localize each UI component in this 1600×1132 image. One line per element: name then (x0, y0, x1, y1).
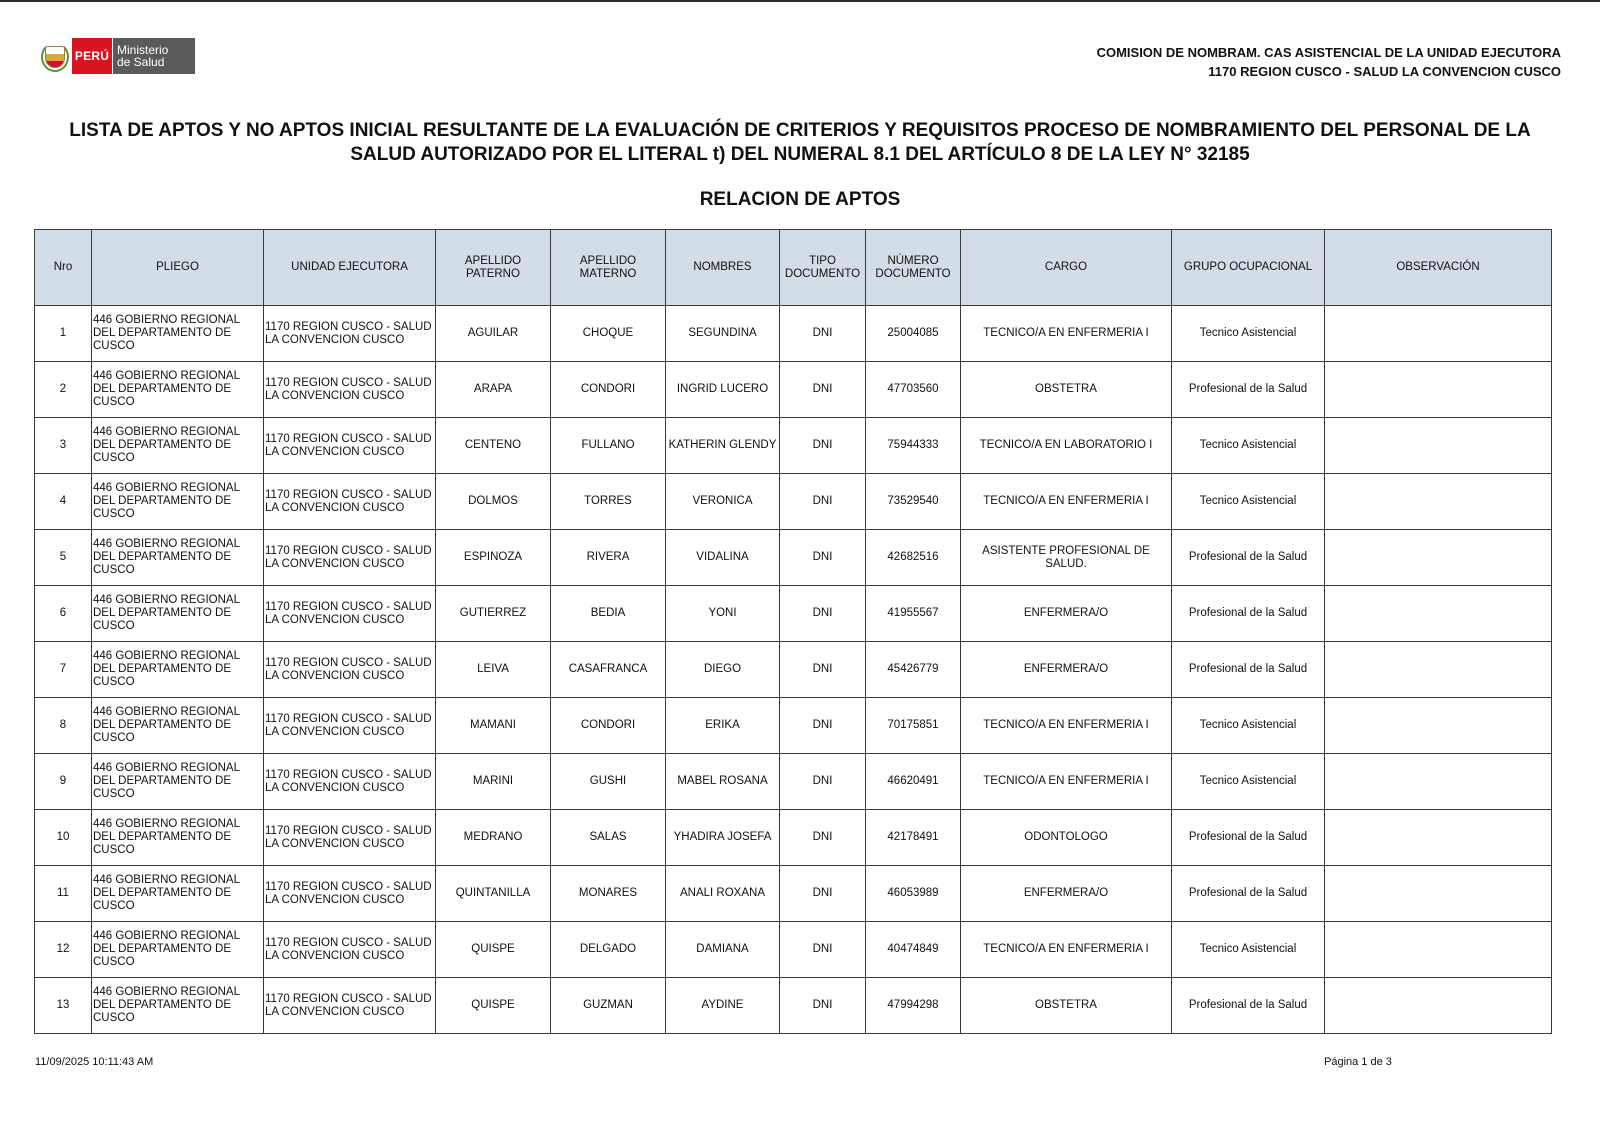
cell-nombres: YHADIRA JOSEFA (666, 810, 780, 866)
cell-tipo-doc: DNI (780, 474, 866, 530)
cell-grupo: Tecnico Asistencial (1172, 698, 1325, 754)
cell-unidad: 1170 REGION CUSCO - SALUD LA CONVENCION … (264, 642, 436, 698)
column-header-tipo-doc: TIPO DOCUMENTO (780, 230, 866, 306)
cell-tipo-doc: DNI (780, 642, 866, 698)
cell-observacion (1325, 362, 1552, 418)
cell-num-doc: 42178491 (866, 810, 961, 866)
cell-tipo-doc: DNI (780, 810, 866, 866)
cell-grupo: Profesional de la Salud (1172, 810, 1325, 866)
document-title-line2: SALUD AUTORIZADO POR EL LITERAL t) DEL N… (40, 143, 1560, 167)
column-header-nro: Nro (35, 230, 92, 306)
cell-pliego: 446 GOBIERNO REGIONAL DEL DEPARTAMENTO D… (92, 362, 264, 418)
cell-num-doc: 73529540 (866, 474, 961, 530)
cell-nombres: ERIKA (666, 698, 780, 754)
cell-grupo: Profesional de la Salud (1172, 362, 1325, 418)
column-header-pliego: PLIEGO (92, 230, 264, 306)
cell-pliego: 446 GOBIERNO REGIONAL DEL DEPARTAMENTO D… (92, 586, 264, 642)
ministry-name: Ministerio de Salud (112, 38, 195, 74)
cell-tipo-doc: DNI (780, 978, 866, 1034)
cell-num-doc: 46620491 (866, 754, 961, 810)
cell-unidad: 1170 REGION CUSCO - SALUD LA CONVENCION … (264, 810, 436, 866)
cell-pliego: 446 GOBIERNO REGIONAL DEL DEPARTAMENTO D… (92, 922, 264, 978)
cell-observacion (1325, 866, 1552, 922)
section-title: RELACION DE APTOS (0, 189, 1600, 211)
cell-unidad: 1170 REGION CUSCO - SALUD LA CONVENCION … (264, 922, 436, 978)
column-header-grupo: GRUPO OCUPACIONAL (1172, 230, 1325, 306)
cell-observacion (1325, 978, 1552, 1034)
cell-num-doc: 42682516 (866, 530, 961, 586)
cell-nombres: VIDALINA (666, 530, 780, 586)
cell-unidad: 1170 REGION CUSCO - SALUD LA CONVENCION … (264, 418, 436, 474)
table-row: 9446 GOBIERNO REGIONAL DEL DEPARTAMENTO … (35, 754, 1552, 810)
cell-unidad: 1170 REGION CUSCO - SALUD LA CONVENCION … (264, 698, 436, 754)
commission-header: COMISION DE NOMBRAM. CAS ASISTENCIAL DE … (1097, 43, 1561, 81)
cell-observacion (1325, 922, 1552, 978)
cell-ap-paterno: QUISPE (436, 922, 551, 978)
peru-coat-of-arms-icon (40, 38, 70, 74)
peru-label: PERÚ (72, 38, 112, 74)
cell-tipo-doc: DNI (780, 586, 866, 642)
cell-cargo: TECNICO/A EN ENFERMERIA I (961, 754, 1172, 810)
cell-nro: 3 (35, 418, 92, 474)
table-row: 5446 GOBIERNO REGIONAL DEL DEPARTAMENTO … (35, 530, 1552, 586)
cell-grupo: Tecnico Asistencial (1172, 474, 1325, 530)
cell-ap-paterno: CENTENO (436, 418, 551, 474)
table-row: 13446 GOBIERNO REGIONAL DEL DEPARTAMENTO… (35, 978, 1552, 1034)
cell-ap-paterno: MAMANI (436, 698, 551, 754)
table-row: 7446 GOBIERNO REGIONAL DEL DEPARTAMENTO … (35, 642, 1552, 698)
cell-nombres: INGRID LUCERO (666, 362, 780, 418)
cell-unidad: 1170 REGION CUSCO - SALUD LA CONVENCION … (264, 586, 436, 642)
column-header-unidad: UNIDAD EJECUTORA (264, 230, 436, 306)
cell-nro: 1 (35, 306, 92, 362)
cell-cargo: ENFERMERA/O (961, 866, 1172, 922)
cell-pliego: 446 GOBIERNO REGIONAL DEL DEPARTAMENTO D… (92, 306, 264, 362)
cell-pliego: 446 GOBIERNO REGIONAL DEL DEPARTAMENTO D… (92, 698, 264, 754)
cell-nro: 6 (35, 586, 92, 642)
print-timestamp: 11/09/2025 10:11:43 AM (35, 1056, 153, 1068)
cell-pliego: 446 GOBIERNO REGIONAL DEL DEPARTAMENTO D… (92, 418, 264, 474)
cell-ap-paterno: AGUILAR (436, 306, 551, 362)
cell-num-doc: 47703560 (866, 362, 961, 418)
cell-num-doc: 75944333 (866, 418, 961, 474)
cell-tipo-doc: DNI (780, 362, 866, 418)
cell-pliego: 446 GOBIERNO REGIONAL DEL DEPARTAMENTO D… (92, 474, 264, 530)
cell-ap-paterno: MEDRANO (436, 810, 551, 866)
table-header-row: NroPLIEGOUNIDAD EJECUTORAAPELLIDO PATERN… (35, 230, 1552, 306)
ministry-logo: PERÚ Ministerio de Salud (40, 38, 195, 74)
cell-cargo: TECNICO/A EN ENFERMERIA I (961, 922, 1172, 978)
cell-ap-materno: SALAS (551, 810, 666, 866)
cell-observacion (1325, 306, 1552, 362)
cell-nombres: MABEL ROSANA (666, 754, 780, 810)
cell-nro: 2 (35, 362, 92, 418)
cell-ap-paterno: QUINTANILLA (436, 866, 551, 922)
cell-ap-materno: TORRES (551, 474, 666, 530)
cell-cargo: ENFERMERA/O (961, 586, 1172, 642)
cell-tipo-doc: DNI (780, 866, 866, 922)
cell-grupo: Tecnico Asistencial (1172, 418, 1325, 474)
cell-grupo: Profesional de la Salud (1172, 586, 1325, 642)
cell-grupo: Profesional de la Salud (1172, 866, 1325, 922)
cell-ap-paterno: ARAPA (436, 362, 551, 418)
table-row: 12446 GOBIERNO REGIONAL DEL DEPARTAMENTO… (35, 922, 1552, 978)
cell-tipo-doc: DNI (780, 922, 866, 978)
cell-cargo: TECNICO/A EN ENFERMERIA I (961, 306, 1172, 362)
cell-num-doc: 25004085 (866, 306, 961, 362)
document-title: LISTA DE APTOS Y NO APTOS INICIAL RESULT… (40, 119, 1560, 167)
cell-ap-paterno: MARINI (436, 754, 551, 810)
cell-ap-materno: CASAFRANCA (551, 642, 666, 698)
cell-ap-materno: GUZMAN (551, 978, 666, 1034)
cell-unidad: 1170 REGION CUSCO - SALUD LA CONVENCION … (264, 866, 436, 922)
column-header-num-doc: NÚMERO DOCUMENTO (866, 230, 961, 306)
cell-ap-materno: CONDORI (551, 362, 666, 418)
cell-num-doc: 40474849 (866, 922, 961, 978)
column-header-cargo: CARGO (961, 230, 1172, 306)
cell-ap-materno: DELGADO (551, 922, 666, 978)
cell-observacion (1325, 754, 1552, 810)
column-header-observacion: OBSERVACIÓN (1325, 230, 1552, 306)
cell-pliego: 446 GOBIERNO REGIONAL DEL DEPARTAMENTO D… (92, 866, 264, 922)
cell-tipo-doc: DNI (780, 306, 866, 362)
cell-ap-materno: CHOQUE (551, 306, 666, 362)
table-body: 1446 GOBIERNO REGIONAL DEL DEPARTAMENTO … (35, 306, 1552, 1034)
cell-ap-paterno: QUISPE (436, 978, 551, 1034)
cell-ap-paterno: DOLMOS (436, 474, 551, 530)
cell-grupo: Profesional de la Salud (1172, 642, 1325, 698)
page-indicator: Página 1 de 3 (1324, 1056, 1392, 1068)
cell-nombres: KATHERIN GLENDY (666, 418, 780, 474)
cell-ap-materno: BEDIA (551, 586, 666, 642)
cell-observacion (1325, 642, 1552, 698)
cell-num-doc: 70175851 (866, 698, 961, 754)
table-row: 11446 GOBIERNO REGIONAL DEL DEPARTAMENTO… (35, 866, 1552, 922)
cell-unidad: 1170 REGION CUSCO - SALUD LA CONVENCION … (264, 978, 436, 1034)
cell-cargo: ODONTOLOGO (961, 810, 1172, 866)
cell-grupo: Profesional de la Salud (1172, 978, 1325, 1034)
column-header-nombres: NOMBRES (666, 230, 780, 306)
cell-pliego: 446 GOBIERNO REGIONAL DEL DEPARTAMENTO D… (92, 642, 264, 698)
cell-num-doc: 46053989 (866, 866, 961, 922)
cell-cargo: ASISTENTE PROFESIONAL DE SALUD. (961, 530, 1172, 586)
table-row: 2446 GOBIERNO REGIONAL DEL DEPARTAMENTO … (35, 362, 1552, 418)
column-header-ap-materno: APELLIDO MATERNO (551, 230, 666, 306)
cell-num-doc: 47994298 (866, 978, 961, 1034)
cell-ap-materno: RIVERA (551, 530, 666, 586)
cell-unidad: 1170 REGION CUSCO - SALUD LA CONVENCION … (264, 754, 436, 810)
cell-unidad: 1170 REGION CUSCO - SALUD LA CONVENCION … (264, 530, 436, 586)
cell-nombres: DAMIANA (666, 922, 780, 978)
commission-line2: 1170 REGION CUSCO - SALUD LA CONVENCION … (1097, 62, 1561, 81)
cell-ap-materno: FULLANO (551, 418, 666, 474)
cell-cargo: TECNICO/A EN LABORATORIO I (961, 418, 1172, 474)
cell-pliego: 446 GOBIERNO REGIONAL DEL DEPARTAMENTO D… (92, 530, 264, 586)
cell-observacion (1325, 586, 1552, 642)
top-border (0, 0, 1600, 2)
table-row: 1446 GOBIERNO REGIONAL DEL DEPARTAMENTO … (35, 306, 1552, 362)
cell-observacion (1325, 530, 1552, 586)
cell-nombres: ANALI ROXANA (666, 866, 780, 922)
table-row: 4446 GOBIERNO REGIONAL DEL DEPARTAMENTO … (35, 474, 1552, 530)
cell-nro: 5 (35, 530, 92, 586)
cell-observacion (1325, 810, 1552, 866)
cell-nombres: YONI (666, 586, 780, 642)
cell-grupo: Tecnico Asistencial (1172, 306, 1325, 362)
table-row: 10446 GOBIERNO REGIONAL DEL DEPARTAMENTO… (35, 810, 1552, 866)
cell-nro: 12 (35, 922, 92, 978)
cell-cargo: OBSTETRA (961, 362, 1172, 418)
cell-num-doc: 41955567 (866, 586, 961, 642)
cell-grupo: Tecnico Asistencial (1172, 922, 1325, 978)
cell-cargo: TECNICO/A EN ENFERMERIA I (961, 474, 1172, 530)
cell-cargo: OBSTETRA (961, 978, 1172, 1034)
cell-ap-materno: CONDORI (551, 698, 666, 754)
cell-tipo-doc: DNI (780, 698, 866, 754)
cell-unidad: 1170 REGION CUSCO - SALUD LA CONVENCION … (264, 474, 436, 530)
cell-unidad: 1170 REGION CUSCO - SALUD LA CONVENCION … (264, 362, 436, 418)
table-row: 8446 GOBIERNO REGIONAL DEL DEPARTAMENTO … (35, 698, 1552, 754)
cell-ap-paterno: LEIVA (436, 642, 551, 698)
ministry-line2: de Salud (117, 56, 195, 68)
cell-pliego: 446 GOBIERNO REGIONAL DEL DEPARTAMENTO D… (92, 754, 264, 810)
cell-tipo-doc: DNI (780, 754, 866, 810)
cell-ap-materno: MONARES (551, 866, 666, 922)
aptos-table: NroPLIEGOUNIDAD EJECUTORAAPELLIDO PATERN… (34, 229, 1552, 1034)
cell-nro: 10 (35, 810, 92, 866)
cell-tipo-doc: DNI (780, 418, 866, 474)
cell-nro: 11 (35, 866, 92, 922)
cell-nombres: VERONICA (666, 474, 780, 530)
table-row: 6446 GOBIERNO REGIONAL DEL DEPARTAMENTO … (35, 586, 1552, 642)
cell-ap-materno: GUSHI (551, 754, 666, 810)
cell-num-doc: 45426779 (866, 642, 961, 698)
commission-line1: COMISION DE NOMBRAM. CAS ASISTENCIAL DE … (1097, 43, 1561, 62)
cell-nro: 7 (35, 642, 92, 698)
cell-nro: 8 (35, 698, 92, 754)
document-title-line1: LISTA DE APTOS Y NO APTOS INICIAL RESULT… (40, 119, 1560, 143)
cell-nombres: DIEGO (666, 642, 780, 698)
cell-unidad: 1170 REGION CUSCO - SALUD LA CONVENCION … (264, 306, 436, 362)
cell-observacion (1325, 698, 1552, 754)
cell-nro: 9 (35, 754, 92, 810)
cell-nro: 4 (35, 474, 92, 530)
cell-cargo: TECNICO/A EN ENFERMERIA I (961, 698, 1172, 754)
cell-grupo: Profesional de la Salud (1172, 530, 1325, 586)
cell-grupo: Tecnico Asistencial (1172, 754, 1325, 810)
cell-cargo: ENFERMERA/O (961, 642, 1172, 698)
cell-observacion (1325, 418, 1552, 474)
cell-pliego: 446 GOBIERNO REGIONAL DEL DEPARTAMENTO D… (92, 810, 264, 866)
table-row: 3446 GOBIERNO REGIONAL DEL DEPARTAMENTO … (35, 418, 1552, 474)
cell-nombres: AYDINE (666, 978, 780, 1034)
cell-nombres: SEGUNDINA (666, 306, 780, 362)
cell-ap-paterno: ESPINOZA (436, 530, 551, 586)
column-header-ap-paterno: APELLIDO PATERNO (436, 230, 551, 306)
cell-observacion (1325, 474, 1552, 530)
cell-nro: 13 (35, 978, 92, 1034)
cell-tipo-doc: DNI (780, 530, 866, 586)
cell-ap-paterno: GUTIERREZ (436, 586, 551, 642)
cell-pliego: 446 GOBIERNO REGIONAL DEL DEPARTAMENTO D… (92, 978, 264, 1034)
